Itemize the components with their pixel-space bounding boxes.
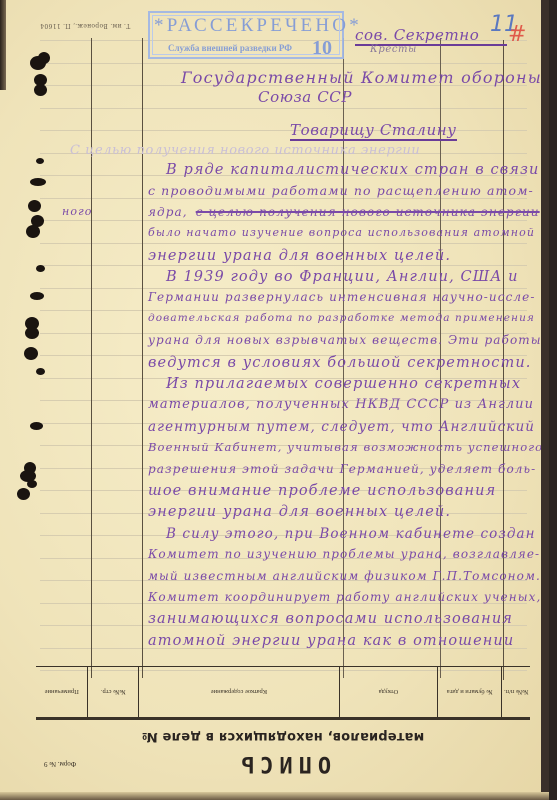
body-line: энергии урана для военных целей. (148, 504, 451, 520)
declassified-stamp: *РАССЕКРЕЧЕНО* Служба внешней разведки Р… (148, 11, 344, 59)
binder-hole (27, 480, 37, 488)
body-line-text: занимающихся вопросами использования (148, 611, 513, 627)
body-line-text: ядра, (148, 205, 188, 219)
binder-hole (17, 488, 30, 500)
body-line: занимающихся вопросами использования (148, 611, 513, 627)
body-line: Германии развернулась интенсивная научно… (148, 290, 536, 304)
column-line (91, 38, 92, 678)
binder-hole (34, 84, 47, 96)
body-line-text: было начато изучение вопроса использован… (148, 226, 535, 239)
stamp-number: 10 (312, 37, 332, 60)
binder-hole (26, 225, 40, 238)
body-line: В ряде капиталистических стран в связи (166, 162, 539, 178)
body-line: было начато изучение вопроса использован… (148, 226, 535, 239)
stamp-subtitle: Служба внешней разведки РФ (168, 43, 292, 53)
binder-hole (30, 292, 44, 300)
ruled-line (40, 288, 527, 289)
margin-note: ного (62, 205, 92, 218)
ruled-line (40, 243, 527, 244)
struck-text: с целью получения нового источника энерг… (196, 205, 540, 219)
body-line: с проводимыми работами по расщеплению ат… (148, 183, 534, 198)
body-line-text: довательская работа по разработке метода… (148, 312, 535, 324)
column-header: Откуда (339, 667, 437, 717)
erased-line: С целью получения нового источника энерг… (70, 143, 420, 158)
ruled-line (40, 220, 527, 221)
form-column-headers: №№ п/п. № бумаги и дата Откуда Краткое с… (36, 666, 530, 720)
classification-note: Кресты (370, 44, 417, 55)
body-line-text: атомной энергии урана как в отношении (148, 633, 514, 649)
binder-hole (25, 327, 39, 339)
binder-hole (28, 200, 41, 212)
ruled-line (40, 108, 527, 109)
body-line: Военный Кабинет, учитывая возможность ус… (148, 440, 543, 454)
body-line: материалов, полученных НКВД СССР из Англ… (148, 397, 534, 412)
binder-hole (36, 368, 45, 375)
body-line-text: Комитет координирует работу английских у… (148, 590, 541, 604)
ruled-line (40, 310, 527, 311)
binder-hole (30, 178, 46, 186)
body-line: энергии урана для военных целей. (148, 248, 451, 264)
body-line: мый известным английским физиком Г.П.Том… (148, 569, 541, 583)
page-edge (0, 792, 549, 800)
body-line: Комитет координирует работу английских у… (148, 590, 541, 604)
body-line: В силу этого, при Военном кабинете созда… (166, 526, 536, 542)
body-line: атомной энергии урана как в отношении (148, 633, 514, 649)
ruled-line (40, 198, 527, 199)
column-header: № бумаги и дата (437, 667, 501, 717)
body-line-text: агентурным путем, следует, что Английски… (148, 419, 535, 435)
binder-hole (30, 422, 43, 430)
binder-hole (36, 158, 44, 164)
body-line: шое внимание проблеме использования (148, 483, 496, 499)
body-line-text: разрешения этой задачи Германией, уделяе… (148, 462, 536, 476)
body-line: агентурным путем, следует, что Английски… (148, 419, 535, 435)
printer-imprint: Т. им. Воронеж., П. 11604 (40, 22, 130, 29)
body-line-text: В ряде капиталистических стран в связи (166, 162, 539, 178)
archival-document-page: Т. им. Воронеж., П. 11604 *РАССЕКРЕЧЕНО*… (0, 0, 549, 800)
body-line: урана для новых взрывчатых веществ. Эти … (148, 333, 542, 347)
body-line: Комитет по изучению проблемы урана, возг… (148, 547, 540, 561)
column-header: Примечание (36, 667, 87, 717)
body-line: ведутся в условиях большой секретности. (148, 355, 532, 371)
body-line-text: Германии развернулась интенсивная научно… (148, 290, 536, 304)
ruled-line (40, 63, 527, 64)
body-line-text: В силу этого, при Военном кабинете созда… (166, 526, 536, 542)
body-line-text: мый известным английским физиком Г.П.Том… (148, 569, 541, 583)
addressee-organization-line2: Союза ССР (258, 88, 352, 106)
ruled-line (40, 265, 527, 266)
body-line: Из прилагаемых совершенно секретных (166, 376, 521, 392)
body-line-text: шое внимание проблеме использования (148, 483, 496, 499)
body-line-text: Военный Кабинет, учитывая возможность ус… (148, 440, 543, 454)
body-line: В 1939 году во Франции, Англии, США и (166, 269, 519, 285)
binder-hole (24, 347, 38, 360)
body-line-text: энергии урана для военных целей. (148, 248, 451, 264)
form-heading-opis: ОПИСЬ (36, 751, 530, 776)
column-header: Краткое содержание (138, 667, 339, 717)
body-line: разрешения этой задачи Германией, уделяе… (148, 462, 536, 476)
page-edge (0, 0, 6, 90)
body-line-text: энергии урана для военных целей. (148, 504, 451, 520)
body-line: ногоядра,с целью получения нового источн… (148, 205, 540, 219)
classification-label: сов. Секретно (355, 26, 507, 46)
column-header: №№ стр. (87, 667, 138, 717)
addressee-person: Товарищу Сталину (290, 121, 457, 141)
inventory-form-footer: ОПИСЬ материалов, находящихся в деле № Ф… (36, 672, 530, 782)
page-edge (541, 0, 549, 800)
stamp-title: *РАССЕКРЕЧЕНО* (154, 15, 338, 37)
binder-hole (36, 265, 45, 272)
body-line-text: В 1939 году во Франции, Англии, США и (166, 269, 519, 285)
addressee-organization: Государственный Комитет обороны (181, 68, 542, 87)
body-line-text: Комитет по изучению проблемы урана, возг… (148, 547, 540, 561)
form-number: Форм. № 9 (44, 760, 76, 768)
body-line-text: материалов, полученных НКВД СССР из Англ… (148, 397, 534, 412)
archive-mark-red: # (508, 22, 526, 47)
body-line-text: ведутся в условиях большой секретности. (148, 355, 532, 371)
form-heading: материалов, находящихся в деле № (36, 729, 530, 744)
body-line-text: Из прилагаемых совершенно секретных (166, 376, 521, 392)
column-header: №№ п/п. (501, 667, 530, 717)
body-line-text: с проводимыми работами по расщеплению ат… (148, 183, 534, 198)
body-line: довательская работа по разработке метода… (148, 312, 535, 324)
binder-hole (38, 52, 50, 64)
body-line-text: урана для новых взрывчатых веществ. Эти … (148, 333, 542, 347)
column-line (142, 38, 143, 678)
